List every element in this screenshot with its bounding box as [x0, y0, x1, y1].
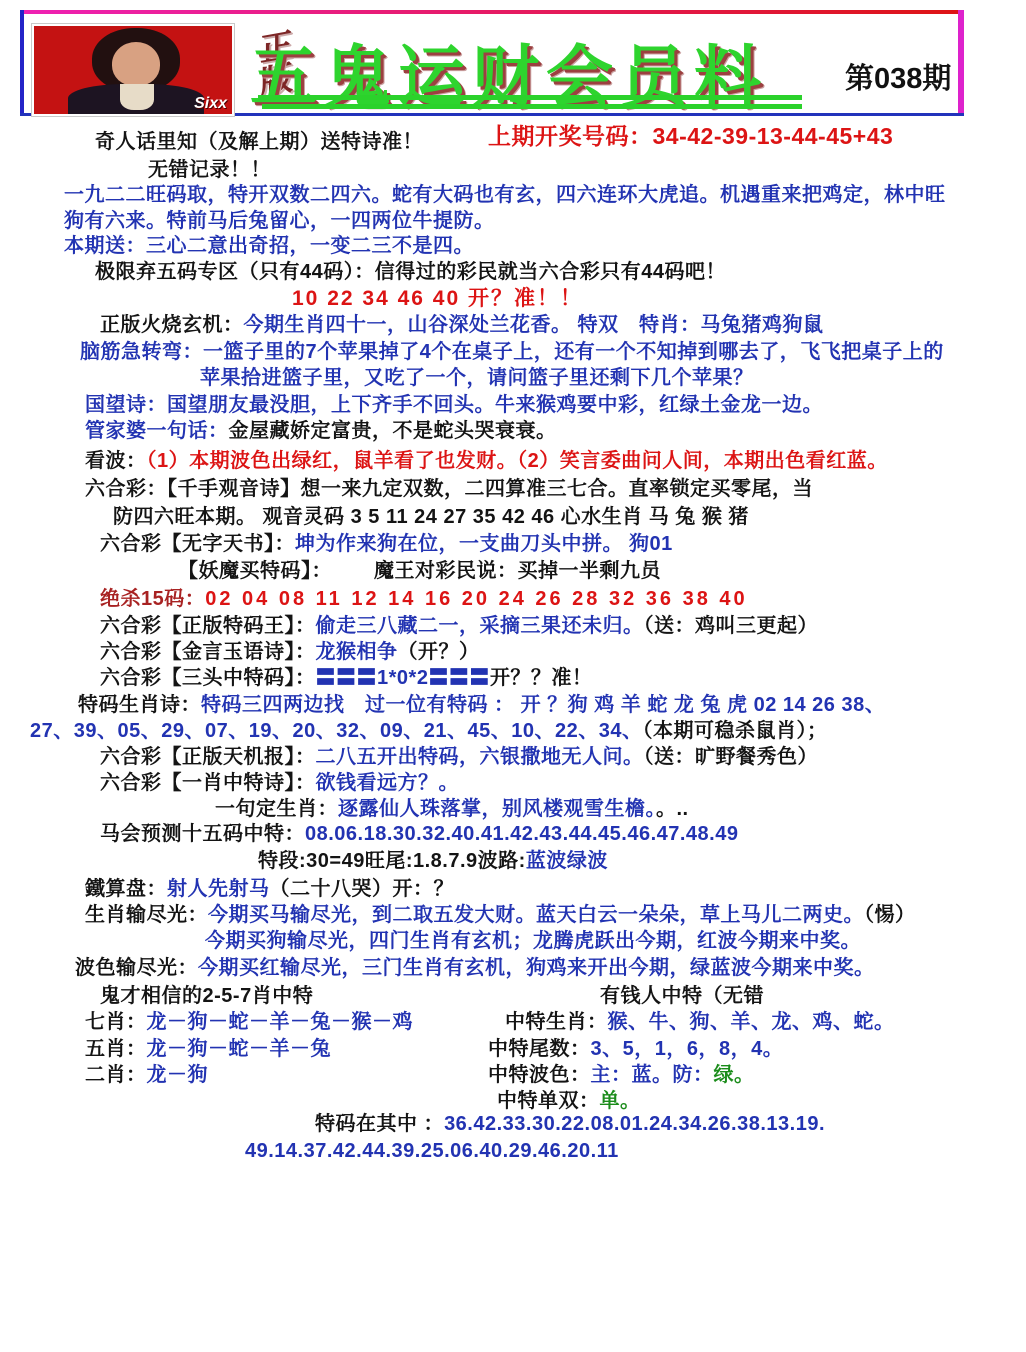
- guanyin-poem-line-2: 防四六旺本期。 观音灵码 3 5 11 24 27 35 42 46 心水生肖 …: [113, 505, 749, 529]
- shujinguang-label: 生肖输尽光：: [85, 904, 208, 926]
- kill-15-numbers: 02 04 08 11 12 14 16 20 24 26 28 32 36 3…: [205, 588, 747, 610]
- shujinguang-text: 今期买马输尽光，到二取五发大财。蓝天白云一朵朵，草上马儿二两史。: [208, 904, 864, 926]
- zhongte-shengxiao-label: 中特生肖：: [505, 1011, 608, 1033]
- two-xiao-label: 二肖：: [85, 1064, 147, 1086]
- yaomo-label: 【妖魔买特码】：: [178, 560, 332, 582]
- santou-open: 开？？准！: [490, 667, 593, 689]
- santou-tema-line: 六合彩【三头中特码】：〓〓〓1*0*2〓〓〓开？？准！: [100, 666, 592, 690]
- yixiao-text: 欲钱看远方？。: [316, 772, 460, 794]
- huoshao-xuanji-line: 正版火烧玄机：今期生肖四十一，山谷深处兰花香。 特双 特肖：马兔猪鸡狗鼠: [100, 313, 824, 337]
- yiju-shengxiao-line: 一句定生肖：逐露仙人珠落掌，别风楼观雪生檐。。..: [215, 797, 689, 821]
- zhongte-bose-label: 中特波色：: [488, 1064, 591, 1086]
- seven-xiao-values: 龙－狗－蛇－羊－兔－猴－鸡: [147, 1011, 414, 1033]
- issue-number: 第038期: [845, 56, 951, 97]
- huoshao-text: 今期生肖四十一，山谷深处兰花香。 特双 特肖：马兔猪鸡狗鼠: [244, 314, 824, 336]
- guanjiapo-text: 金屋藏娇定富贵，不是蛇头哭衰衰。: [229, 420, 557, 442]
- portrait-face: [112, 42, 160, 86]
- wuzi-tianshu-line: 六合彩【无字天书】：坤为作来狗在位，一支曲刀头中拼。 狗01: [100, 532, 673, 556]
- teduan-label: 特段:30=49旺尾:1.8.7.9波路:: [258, 850, 526, 872]
- tiesuanpan-line: 鐵算盘：射人先射马（二十八哭）开：？: [85, 877, 454, 901]
- yixiao-tema-line: 六合彩【一肖中特诗】：欲钱看远方？。: [100, 771, 459, 795]
- seven-xiao-line: 七肖：龙－狗－蛇－羊－兔－猴－鸡: [85, 1010, 413, 1034]
- kill-15-label: 绝杀15码：: [100, 588, 205, 610]
- shengxiao-shujinguang-line-2: 今期买狗输尽光，四门生肖有玄机；龙腾虎跃出今期，红波今期来中奖。: [205, 929, 861, 953]
- jinyan-poem-line: 六合彩【金言玉语诗】：龙猴相争（开？）: [100, 640, 480, 664]
- zhongte-bose-main: 主：蓝。防：: [591, 1064, 714, 1086]
- tiesuanpan-text: 射人先射马: [167, 878, 270, 900]
- santou-code: 1*0*2: [377, 667, 428, 689]
- no-error-record-line: 无错记录！！: [148, 158, 271, 182]
- header-border-top: [20, 10, 964, 14]
- title-underline-2: [262, 104, 802, 109]
- yiju-dots: 。..: [656, 798, 689, 820]
- tema-in-list-line-1: 特码在其中 ：36.42.33.30.22.08.01.24.34.26.38.…: [315, 1112, 825, 1136]
- previous-draw-numbers: 上期开奖号码：34-42-39-13-44-45+43: [488, 124, 893, 148]
- yiju-text: 逐露仙人珠落掌，别风楼观雪生檐。: [338, 798, 656, 820]
- benqi-song-line: 本期送：三心二意出奇招，一变二三不是四。: [64, 234, 474, 258]
- kill-15-codes-line: 绝杀15码：02 04 08 11 12 14 16 20 24 26 28 3…: [100, 587, 748, 611]
- portrait-photo: Sixx: [32, 24, 234, 116]
- zhongte-weishu-values: 3、5，1，6，8，4。: [591, 1038, 784, 1060]
- zhongte-shengxiao-line: 中特生肖：猴、牛、狗、羊、龙、鸡、蛇。: [505, 1010, 895, 1034]
- jinyan-open: （开？）: [398, 641, 480, 663]
- jinyan-label: 六合彩【金言玉语诗】：: [100, 641, 316, 663]
- tema-wang-text: 偷走三八藏二一，采摘三果还未归。: [316, 615, 644, 637]
- zhongte-danshuang-value: 单。: [600, 1090, 641, 1112]
- tema-shengxiao-poem-line-1: 特码生肖诗：特码三四两边找 过一位有特码 ： 开 ？狗 鸡 羊 蛇 龙 兔 虎 …: [78, 693, 885, 717]
- two-xiao-values: 龙－狗: [147, 1064, 209, 1086]
- yaomo-text: 魔王对彩民说：买掉一半剩九员: [374, 560, 661, 582]
- guanyin-poem-line-1: 六合彩：【千手观音诗】想一来九定双数，二四算准三七合。直率锁定买零尾，当: [85, 477, 813, 501]
- tema-wang-line: 六合彩【正版特码王】：偷走三八藏二一，采摘三果还未归。（送：鸡叫三更起）: [100, 614, 818, 638]
- poem-line-1: 一九二二旺码取，特开双数二四六。蛇有大码也有玄，四六连环大虎追。机遇重来把鸡定，…: [64, 183, 946, 207]
- teduan-waves: 蓝波绿波: [526, 850, 608, 872]
- huoshao-label: 正版火烧玄机：: [100, 314, 244, 336]
- zhongte-danshuang-line: 中特单双：单。: [497, 1089, 641, 1113]
- tema-shengxiao-poem-line-2: 27、39、05、29、07、19、20、32、09、21、45、10、22、3…: [30, 719, 827, 743]
- zhongte-bose-defend: 绿。: [714, 1064, 755, 1086]
- header-border-right: [958, 10, 964, 116]
- yaomo-tema-line: 【妖魔买特码】：魔王对彩民说：买掉一半剩九员: [178, 559, 661, 583]
- portrait-scarf: [120, 84, 154, 110]
- shujinguang-note: （惕）: [864, 904, 916, 926]
- guowang-poem-line: 国望诗：国望朋友最没胆，上下齐手不回头。牛来猴鸡要中彩，红绿土金龙一边。: [85, 393, 823, 417]
- zhongte-bose-line: 中特波色：主：蓝。防：绿。: [488, 1063, 755, 1087]
- yiju-label: 一句定生肖：: [215, 798, 338, 820]
- seven-xiao-label: 七肖：: [85, 1011, 147, 1033]
- poem-line-2: 狗有六来。特前马后兔留心，一四两位牛提防。: [64, 209, 495, 233]
- member-sheet-page: Sixx 正版 五鬼运财会员料 第038期 奇人话里知（及解上期）送特诗准！ 上…: [0, 0, 1026, 1352]
- mahui-label: 马会预测十五码中特：: [100, 823, 305, 845]
- tema-in-list-label: 特码在其中 ：: [315, 1113, 444, 1135]
- kanbo-line: 看波：（1）本期波色出绿红，鼠羊看了也发财。（2）笑言委曲问人间，本期出色看红蓝…: [85, 449, 888, 473]
- teduan-line: 特段:30=49旺尾:1.8.7.9波路:蓝波绿波: [258, 849, 608, 873]
- shengxiao-shujinguang-line-1: 生肖输尽光：今期买马输尽光，到二取五发大财。蓝天白云一朵朵，草上马儿二两史。（惕…: [85, 903, 916, 927]
- title-underline-1: [258, 95, 802, 100]
- tianji-gift: （送：旷野餐秀色）: [644, 746, 819, 768]
- tema-in-list-line-2: 49.14.37.42.44.39.25.06.40.29.46.20.11: [245, 1139, 619, 1163]
- blue-bars-left: 〓〓〓: [316, 667, 378, 689]
- wuzi-text: 坤为作来狗在位，一支曲刀头中拼。 狗01: [295, 533, 673, 555]
- jinyan-text: 龙猴相争: [316, 641, 398, 663]
- yixiao-label: 六合彩【一肖中特诗】：: [100, 772, 316, 794]
- photo-caption: Sixx: [194, 95, 227, 113]
- shengxiao-note: （本期可稳杀鼠肖）；: [642, 720, 827, 742]
- bose-label: 波色输尽光：: [75, 957, 198, 979]
- five-xiao-line: 五肖：龙－狗－蛇－羊－兔: [85, 1037, 331, 1061]
- brain-teaser-line-1: 脑筋急转弯：一篮子里的7个苹果掉了4个在桌子上，还有一个不知掉到哪去了，飞飞把桌…: [80, 340, 944, 364]
- tiesuanpan-open: （二十八哭）开：？: [270, 878, 455, 900]
- section-title-right: 有钱人中特（无错: [600, 984, 764, 1008]
- guanjiapo-line: 管家婆一句话：金屋藏娇定富贵，不是蛇头哭衰衰。: [85, 419, 557, 443]
- bose-shujinguang-line: 波色输尽光：今期买红输尽光，三门生肖有玄机，狗鸡来开出今期，绿蓝波今期来中奖。: [75, 956, 875, 980]
- tiesuanpan-label: 鐵算盘：: [85, 878, 167, 900]
- five-xiao-values: 龙－狗－蛇－羊－兔: [147, 1038, 332, 1060]
- shengxiao-numbers: 27、39、05、29、07、19、20、32、09、21、45、10、22、3…: [30, 720, 642, 742]
- section-title-left: 鬼才相信的2-5-7肖中特: [100, 984, 313, 1008]
- zhongte-danshuang-label: 中特单双：: [497, 1090, 600, 1112]
- bose-text: 今期买红输尽光，三门生肖有玄机，狗鸡来开出今期，绿蓝波今期来中奖。: [198, 957, 875, 979]
- shengxiao-poem-text: 特码三四两边找 过一位有特码 ： 开 ？狗 鸡 羊 蛇 龙 兔 虎 02 14 …: [201, 694, 885, 716]
- kanbo-label: 看波：: [85, 450, 147, 472]
- wuzi-label: 六合彩【无字天书】：: [100, 533, 295, 555]
- guanjiapo-label: 管家婆一句话：: [85, 420, 229, 442]
- tianji-text: 二八五开出特码，六银撒地无人问。: [316, 746, 644, 768]
- mahui-15-codes-line: 马会预测十五码中特：08.06.18.30.32.40.41.42.43.44.…: [100, 822, 738, 846]
- five-codes-open-line: 10 22 34 46 40 开？准！！: [292, 287, 583, 311]
- zhongte-weishu-line: 中特尾数：3、5，1，6，8，4。: [488, 1037, 783, 1061]
- two-xiao-line: 二肖：龙－狗: [85, 1063, 208, 1087]
- tema-wang-label: 六合彩【正版特码王】：: [100, 615, 316, 637]
- tianji-label: 六合彩【正版天机报】：: [100, 746, 316, 768]
- header-border-left: [20, 10, 24, 116]
- five-xiao-label: 五肖：: [85, 1038, 147, 1060]
- tema-in-list-numbers-1: 36.42.33.30.22.08.01.24.34.26.38.13.19.: [444, 1113, 825, 1135]
- santou-label: 六合彩【三头中特码】：: [100, 667, 316, 689]
- kanbo-text: （1）本期波色出绿红，鼠羊看了也发财。（2）笑言委曲问人间，本期出色看红蓝。: [147, 450, 888, 472]
- tianji-bao-line: 六合彩【正版天机报】：二八五开出特码，六银撒地无人问。（送：旷野餐秀色）: [100, 745, 818, 769]
- zhongte-weishu-label: 中特尾数：: [488, 1038, 591, 1060]
- zhongte-shengxiao-values: 猴、牛、狗、羊、龙、鸡、蛇。: [608, 1011, 895, 1033]
- brain-teaser-line-2: 苹果拾进篮子里，又吃了一个，请问篮子里还剩下几个苹果？: [200, 366, 754, 390]
- tema-wang-gift: （送：鸡叫三更起）: [644, 615, 819, 637]
- blue-bars-right: 〓〓〓: [428, 667, 490, 689]
- mahui-numbers: 08.06.18.30.32.40.41.42.43.44.45.46.47.4…: [305, 823, 738, 845]
- shengxiao-poem-label: 特码生肖诗：: [78, 694, 201, 716]
- intro-claim-line: 奇人话里知（及解上期）送特诗准！: [95, 130, 423, 154]
- limit-44-codes-line: 极限弃五码专区（只有44码）：信得过的彩民就当六合彩只有44码吧！: [95, 260, 726, 284]
